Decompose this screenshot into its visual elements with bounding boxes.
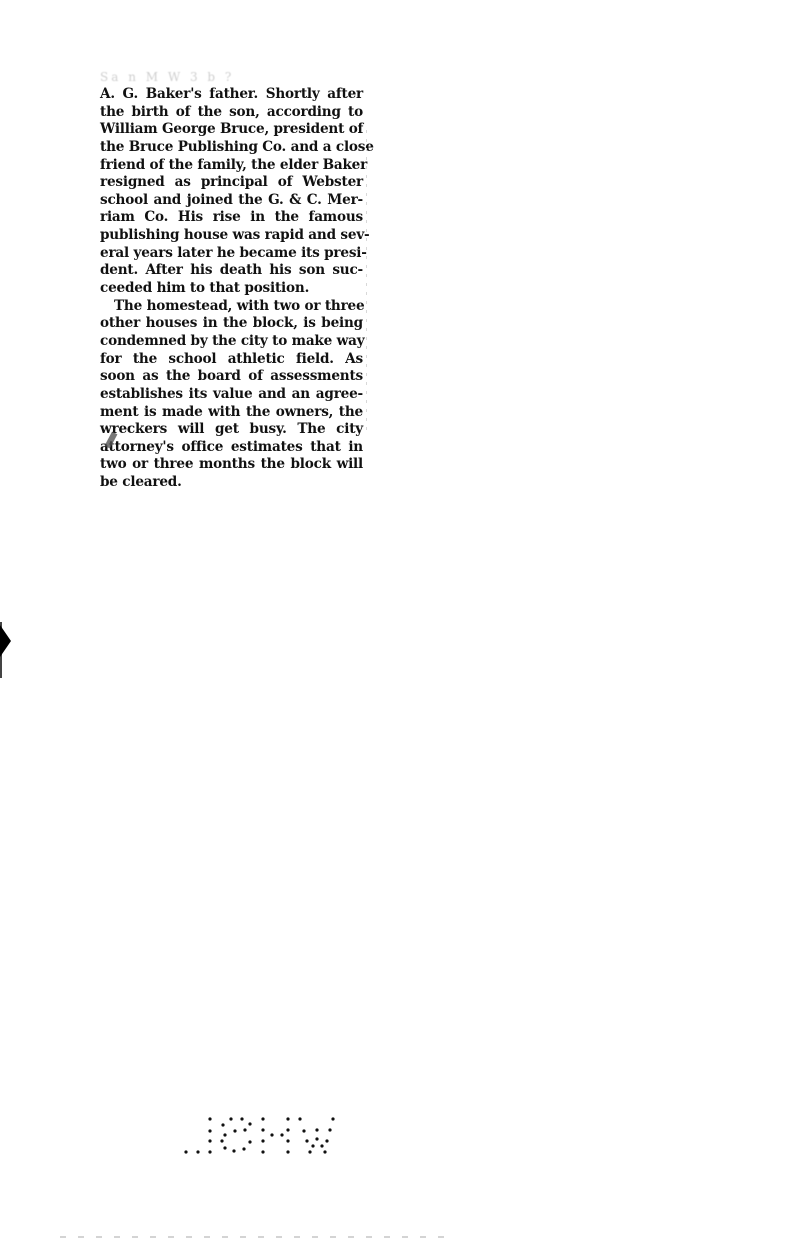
- text-line: condemned by the city to make way: [100, 333, 363, 351]
- text-line: school and joined the G. & C. Mer-: [100, 192, 363, 210]
- text-line: be cleared.: [100, 474, 363, 492]
- text-line: riam Co. His rise in the famous: [100, 209, 363, 227]
- text-line: ment is made with the owners, the: [100, 404, 363, 422]
- text-line: eral years later he became its presi-: [100, 245, 363, 263]
- text-line: establishes its value and an agree-: [100, 386, 363, 404]
- text-line: friend of the family, the elder Baker: [100, 157, 363, 175]
- paragraph-2: The homestead, with two or three other h…: [100, 298, 363, 492]
- text-line: resigned as principal of Webster: [100, 174, 363, 192]
- perforation-stamp-icon: [170, 1105, 350, 1165]
- column-edge-rule: [366, 130, 367, 430]
- text-line: A. G. Baker's father. Shortly after: [100, 86, 363, 104]
- paragraph-1: A. G. Baker's father. Shortly after the …: [100, 86, 363, 298]
- page-edge-tab-icon: [0, 625, 11, 657]
- text-line: other houses in the block, is being: [100, 315, 363, 333]
- text-line: ceeded him to that position.: [100, 280, 363, 298]
- ghost-bleed-through-line: Sa n M W 3 b ?: [100, 70, 270, 84]
- bottom-scan-noise: [60, 1236, 450, 1238]
- text-line: William George Bruce, president of: [100, 121, 363, 139]
- text-line: for the school athletic field. As: [100, 351, 363, 369]
- text-line: soon as the board of assessments: [100, 368, 363, 386]
- article-column: A. G. Baker's father. Shortly after the …: [100, 86, 363, 492]
- text-line: two or three months the block will: [100, 456, 363, 474]
- text-line: attorney's office estimates that in: [100, 439, 363, 457]
- text-line: wreckers will get busy. The city: [100, 421, 363, 439]
- text-line: The homestead, with two or three: [100, 298, 363, 316]
- text-line: the birth of the son, according to: [100, 104, 363, 122]
- text-line: publishing house was rapid and sev-: [100, 227, 363, 245]
- text-line: the Bruce Publishing Co. and a close: [100, 139, 363, 157]
- text-line: dent. After his death his son suc-: [100, 262, 363, 280]
